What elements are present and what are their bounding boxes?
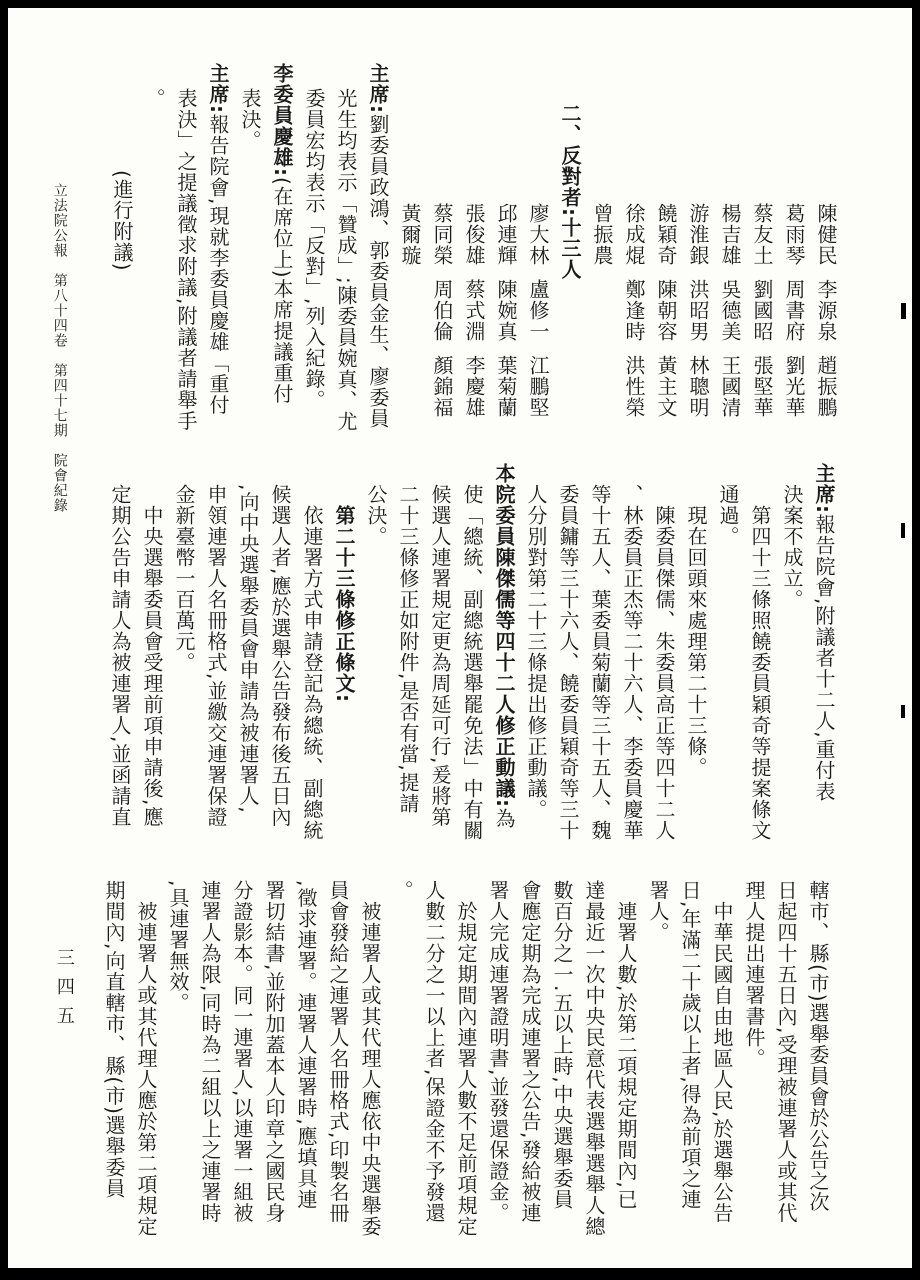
text-column: 達最近一次中央民意代表選舉選舉人總 xyxy=(572,874,604,1268)
page-number: 三四五 xyxy=(54,948,73,1035)
top-band: 陳健民 李源泉 趙振鵬 葛雨琴 周書府 劉光華 蔡友土 劉國昭 張堅華 楊吉雄 … xyxy=(100,57,836,457)
legislator-name: 徐成焜 xyxy=(623,203,644,266)
text-column: 署人。 xyxy=(636,874,668,1268)
text-column: 署切結書,並附加蓋本人印章之國民身 xyxy=(252,874,284,1268)
text-column: 通過。 xyxy=(706,458,738,870)
name-column: 饒穎奇 陳朝容 黃主文 xyxy=(644,57,676,457)
name-column: 邱連輝 陳婉真 葉菊蘭 xyxy=(484,57,516,457)
line-text: 委員鏞等三十六人、饒委員穎奇等三十 xyxy=(556,484,580,841)
speaker-label: 主席: xyxy=(206,63,230,114)
text-column: 日起四十五日內,受理被連署人或其代 xyxy=(764,874,796,1268)
line-text: 通過。 xyxy=(716,484,740,547)
text-column: 期間內,向直轄市、縣(市)選舉委員 xyxy=(92,874,124,1268)
article-heading-text: 第二十三條修正條文: xyxy=(332,484,356,703)
text-column: 李委員慶雄:(在席位上)本席提議重付 xyxy=(260,57,292,457)
legislator-name: 陳朝容 xyxy=(655,279,676,342)
text-column: 主席:報告院會,附議者十二人,重付表 xyxy=(802,458,834,870)
text-column: 中央選舉委員會受理前項申請後,應 xyxy=(130,458,162,870)
speaker-label: 主席: xyxy=(812,463,836,514)
text-column: ,徵求連署。連署人連署時,應填具連 xyxy=(284,874,316,1268)
line-text: 中央選舉委員會受理前項申請後,應 xyxy=(140,484,164,827)
line-text: 委員宏均表示「反對」,列入紀錄。 xyxy=(302,88,326,410)
name-column: 黃爾璇 xyxy=(388,57,420,457)
text-column: 表決」之提議徵求附議,附議者請舉手 xyxy=(164,57,196,457)
text-column: 於規定期間內連署人數不足前項規定 xyxy=(444,874,476,1268)
text-column: 分證影本。同一連署人,以連署一組被 xyxy=(220,874,252,1268)
line-text: 候選人連署規定更為周延可行,爰將第 xyxy=(428,484,452,827)
line-text: 表決。 xyxy=(238,88,262,151)
legislator-name: 葉菊蘭 xyxy=(495,355,516,418)
text-column: 候選人連署規定更為周延可行,爰將第 xyxy=(418,458,450,870)
legislator-name: 劉光華 xyxy=(783,355,804,418)
name-column: 楊吉雄 吳德美 王國清 xyxy=(708,57,740,457)
text-column: 數百分之一.五以上時,中央選舉委員 xyxy=(540,874,572,1268)
text-column: 連署人為限,同時為二組以上之連署時 xyxy=(188,874,220,1268)
legislator-name: 王國清 xyxy=(719,355,740,418)
text-column: 。 xyxy=(132,57,164,457)
text-column: 表決。 xyxy=(228,57,260,457)
running-header: 立法院公報 第八十四卷 第四十七期 院會紀錄 xyxy=(52,183,67,513)
name-column: 蔡友土 劉國昭 張堅華 xyxy=(740,57,772,457)
legislator-name: 吳德美 xyxy=(719,279,740,342)
text-column: 被連署人或其代理人應於第二項規定 xyxy=(124,874,156,1268)
scan-artifact xyxy=(901,523,905,538)
text-column: 現在回頭來處理第二十三條。 xyxy=(674,458,706,870)
text-column: 候選人者,應於選舉公告發布後五日內 xyxy=(258,458,290,870)
scan-artifact xyxy=(901,303,906,319)
legislator-name: 洪性榮 xyxy=(623,355,644,418)
line-text: 等十五人、葉委員菊蘭等三十五人、魏 xyxy=(588,484,612,841)
text-column: 被連署人或其代理人應依中央選舉委 xyxy=(348,874,380,1268)
text-column: 人數二分之一以上者,保證金不予發還 xyxy=(412,874,444,1268)
text-column: 定期公告申請人為被連署人,並函請直 xyxy=(98,458,130,870)
line-text: 依連署方式申請登記為總統、副總統 xyxy=(300,484,324,841)
article-heading: 第二十三條修正條文: xyxy=(322,458,354,870)
text-column: 二十三條修正如附件,是否有當,提請 xyxy=(386,458,418,870)
legislator-name: 趙振鵬 xyxy=(815,355,836,418)
name-column: 陳健民 李源泉 趙振鵬 xyxy=(804,57,836,457)
legislator-name: 洪昭男 xyxy=(687,279,708,342)
text-column: 。 xyxy=(380,874,412,1268)
line-text: 為 xyxy=(492,808,516,829)
name-column: 曾振農 xyxy=(580,57,612,457)
line-text: 。 xyxy=(142,88,166,109)
legislator-name: 周伯倫 xyxy=(431,279,452,342)
line-text: 劉委員政鴻、郭委員金生、廖委員 xyxy=(366,114,390,429)
line-text: 定期公告申請人為被連署人,並函請直 xyxy=(108,484,132,827)
text-column: 理人提出連署書件。 xyxy=(732,874,764,1268)
text-column: 金新臺幣一百萬元。 xyxy=(162,458,194,870)
legislator-name: 盧修一 xyxy=(527,279,548,342)
speaker-label: 李委員慶雄: xyxy=(270,63,294,177)
line-text: 現在回頭來處理第二十三條。 xyxy=(684,484,708,778)
speaker-label: 主席: xyxy=(366,63,390,114)
legislator-name: 林聰明 xyxy=(687,355,708,418)
line-text: 候選人者,應於選舉公告發布後五日內 xyxy=(268,484,292,827)
text-column: 等十五人、葉委員菊蘭等三十五人、魏 xyxy=(578,458,610,870)
legislator-name: 蔡友土 xyxy=(751,203,772,266)
line-text: 第四十三條照饒委員穎奇等提案條文 xyxy=(748,484,772,841)
text-column: 連署人數,於第二項規定期間內,已 xyxy=(604,874,636,1268)
line-text: 申領連署人名冊格式,並繳交連署保證 xyxy=(204,484,228,827)
name-column: 葛雨琴 周書府 劉光華 xyxy=(772,57,804,457)
name-column: 張俊雄 蔡式淵 李慶雄 xyxy=(452,57,484,457)
line-text: 金新臺幣一百萬元。 xyxy=(172,484,196,673)
text-column: 光生均表示「贊成」;陳委員婉真、尤 xyxy=(324,57,356,457)
line-text: 決案不成立。 xyxy=(780,484,804,610)
legislator-name: 曾振農 xyxy=(591,203,612,266)
legislator-name: 江鵬堅 xyxy=(527,355,548,418)
text-column: 人分別對第二十三條提出修正動議。 xyxy=(514,458,546,870)
legislator-name: 張堅華 xyxy=(751,355,772,418)
gazette-page: 立法院公報 第八十四卷 第四十七期 院會紀錄 三四五 陳健民 李源泉 趙振鵬 葛… xyxy=(8,8,912,1268)
motion-heading: 本院委員陳傑儒等四十二人修正動議:為 xyxy=(482,458,514,870)
legislator-name: 鄭逢時 xyxy=(623,279,644,342)
text-column: 中華民國自由地區人民,於選舉公告 xyxy=(700,874,732,1268)
line-text: 報告院會,現就李委員慶雄「重付 xyxy=(206,114,230,415)
line-text: 使「總統、副總統選舉罷免法」中有關 xyxy=(460,484,484,841)
legislator-name: 黃爾璇 xyxy=(399,203,420,266)
legislator-name: 楊吉雄 xyxy=(719,203,740,266)
speaker-label: 本院委員陳傑儒等四十二人修正動議: xyxy=(492,463,516,808)
name-column: 廖大林 盧修一 江鵬堅 xyxy=(516,57,548,457)
name-column: 蔡同榮 周伯倫 顏錦福 xyxy=(420,57,452,457)
line-text: (在席位上)本席提議重付 xyxy=(270,177,294,405)
legislator-name: 廖大林 xyxy=(527,203,548,266)
text-column: 委員鏞等三十六人、饒委員穎奇等三十 xyxy=(546,458,578,870)
opponents-heading: 二、反對者:十三人 xyxy=(548,57,580,457)
middle-band: 主席:報告院會,附議者十二人,重付表 決案不成立。 第四十三條照饒委員穎奇等提案… xyxy=(86,458,834,870)
text-column: 依連署方式申請登記為總統、副總統 xyxy=(290,458,322,870)
text-column: 署人完成連署證明書,並發還保證金。 xyxy=(476,874,508,1268)
legislator-name: 蔡同榮 xyxy=(431,203,452,266)
legislator-name: 黃主文 xyxy=(655,355,676,418)
text-column: 決案不成立。 xyxy=(770,458,802,870)
legislator-name: 顏錦福 xyxy=(431,355,452,418)
line-text: 表決」之提議徵求附議,附議者請舉手 xyxy=(174,88,198,431)
line-text: 陳委員傑儒、朱委員高正等四十二人 xyxy=(652,484,676,841)
text-column: ,向中央選舉委員會申請為被連署人, xyxy=(226,458,258,870)
text-column: 轄市、縣(市)選舉委員會於公告之次 xyxy=(796,874,828,1268)
legislator-name: 張俊雄 xyxy=(463,203,484,266)
text-column: 委員宏均表示「反對」,列入紀錄。 xyxy=(292,57,324,457)
text-column: 主席:報告院會,現就李委員慶雄「重付 xyxy=(196,57,228,457)
line-text: 報告院會,附議者十二人,重付表 xyxy=(812,514,836,802)
text-column: 公決。 xyxy=(354,458,386,870)
text-column: 員會發給之連署人名冊格式,印製名冊 xyxy=(316,874,348,1268)
legislator-name: 蔡式淵 xyxy=(463,279,484,342)
text-column: 陳委員傑儒、朱委員高正等四十二人 xyxy=(642,458,674,870)
text-column: 會應定期為完成連署之公告,發給被連 xyxy=(508,874,540,1268)
legislator-name: 游淮銀 xyxy=(687,203,708,266)
legislator-name: 陳健民 xyxy=(815,203,836,266)
line-text: 公決。 xyxy=(364,484,388,547)
text-column: 第四十三條照饒委員穎奇等提案條文 xyxy=(738,458,770,870)
text-column: ,具連署無效。 xyxy=(156,874,188,1268)
name-column: 游淮銀 洪昭男 林聰明 xyxy=(676,57,708,457)
line-text: (進行附議) xyxy=(110,170,134,272)
bottom-band: 轄市、縣(市)選舉委員會於公告之次 日起四十五日內,受理被連署人或其代 理人提出… xyxy=(88,874,828,1268)
legislator-name: 饒穎奇 xyxy=(655,203,676,266)
text-column: 主席:劉委員政鴻、郭委員金生、廖委員 xyxy=(356,57,388,457)
name-column: 徐成焜 鄭逢時 洪性榮 xyxy=(612,57,644,457)
text-column: 使「總統、副總統選舉罷免法」中有關 xyxy=(450,458,482,870)
scan-artifact xyxy=(901,705,905,718)
text-column: 申領連署人名冊格式,並繳交連署保證 xyxy=(194,458,226,870)
line-text: 人分別對第二十三條提出修正動議。 xyxy=(524,484,548,820)
text-column: 日,年滿二十歲以上者,得為前項之連 xyxy=(668,874,700,1268)
legislator-name: 陳婉真 xyxy=(495,279,516,342)
legislator-name: 李源泉 xyxy=(815,279,836,342)
legislator-name: 周書府 xyxy=(783,279,804,342)
line-text: 、林委員正杰等二十六人、李委員慶華 xyxy=(620,484,644,841)
legislator-name: 李慶雄 xyxy=(463,355,484,418)
text-column: 、林委員正杰等二十六人、李委員慶華 xyxy=(610,458,642,870)
legislator-name: 劉國昭 xyxy=(751,279,772,342)
legislator-name: 邱連輝 xyxy=(495,203,516,266)
line-text: 二十三條修正如附件,是否有當,提請 xyxy=(396,484,420,814)
legislator-name: 葛雨琴 xyxy=(783,203,804,266)
line-text: ,向中央選舉委員會申請為被連署人, xyxy=(236,484,260,814)
line-text: 光生均表示「贊成」;陳委員婉真、尤 xyxy=(334,88,358,432)
stage-direction: (進行附議) xyxy=(100,57,132,457)
